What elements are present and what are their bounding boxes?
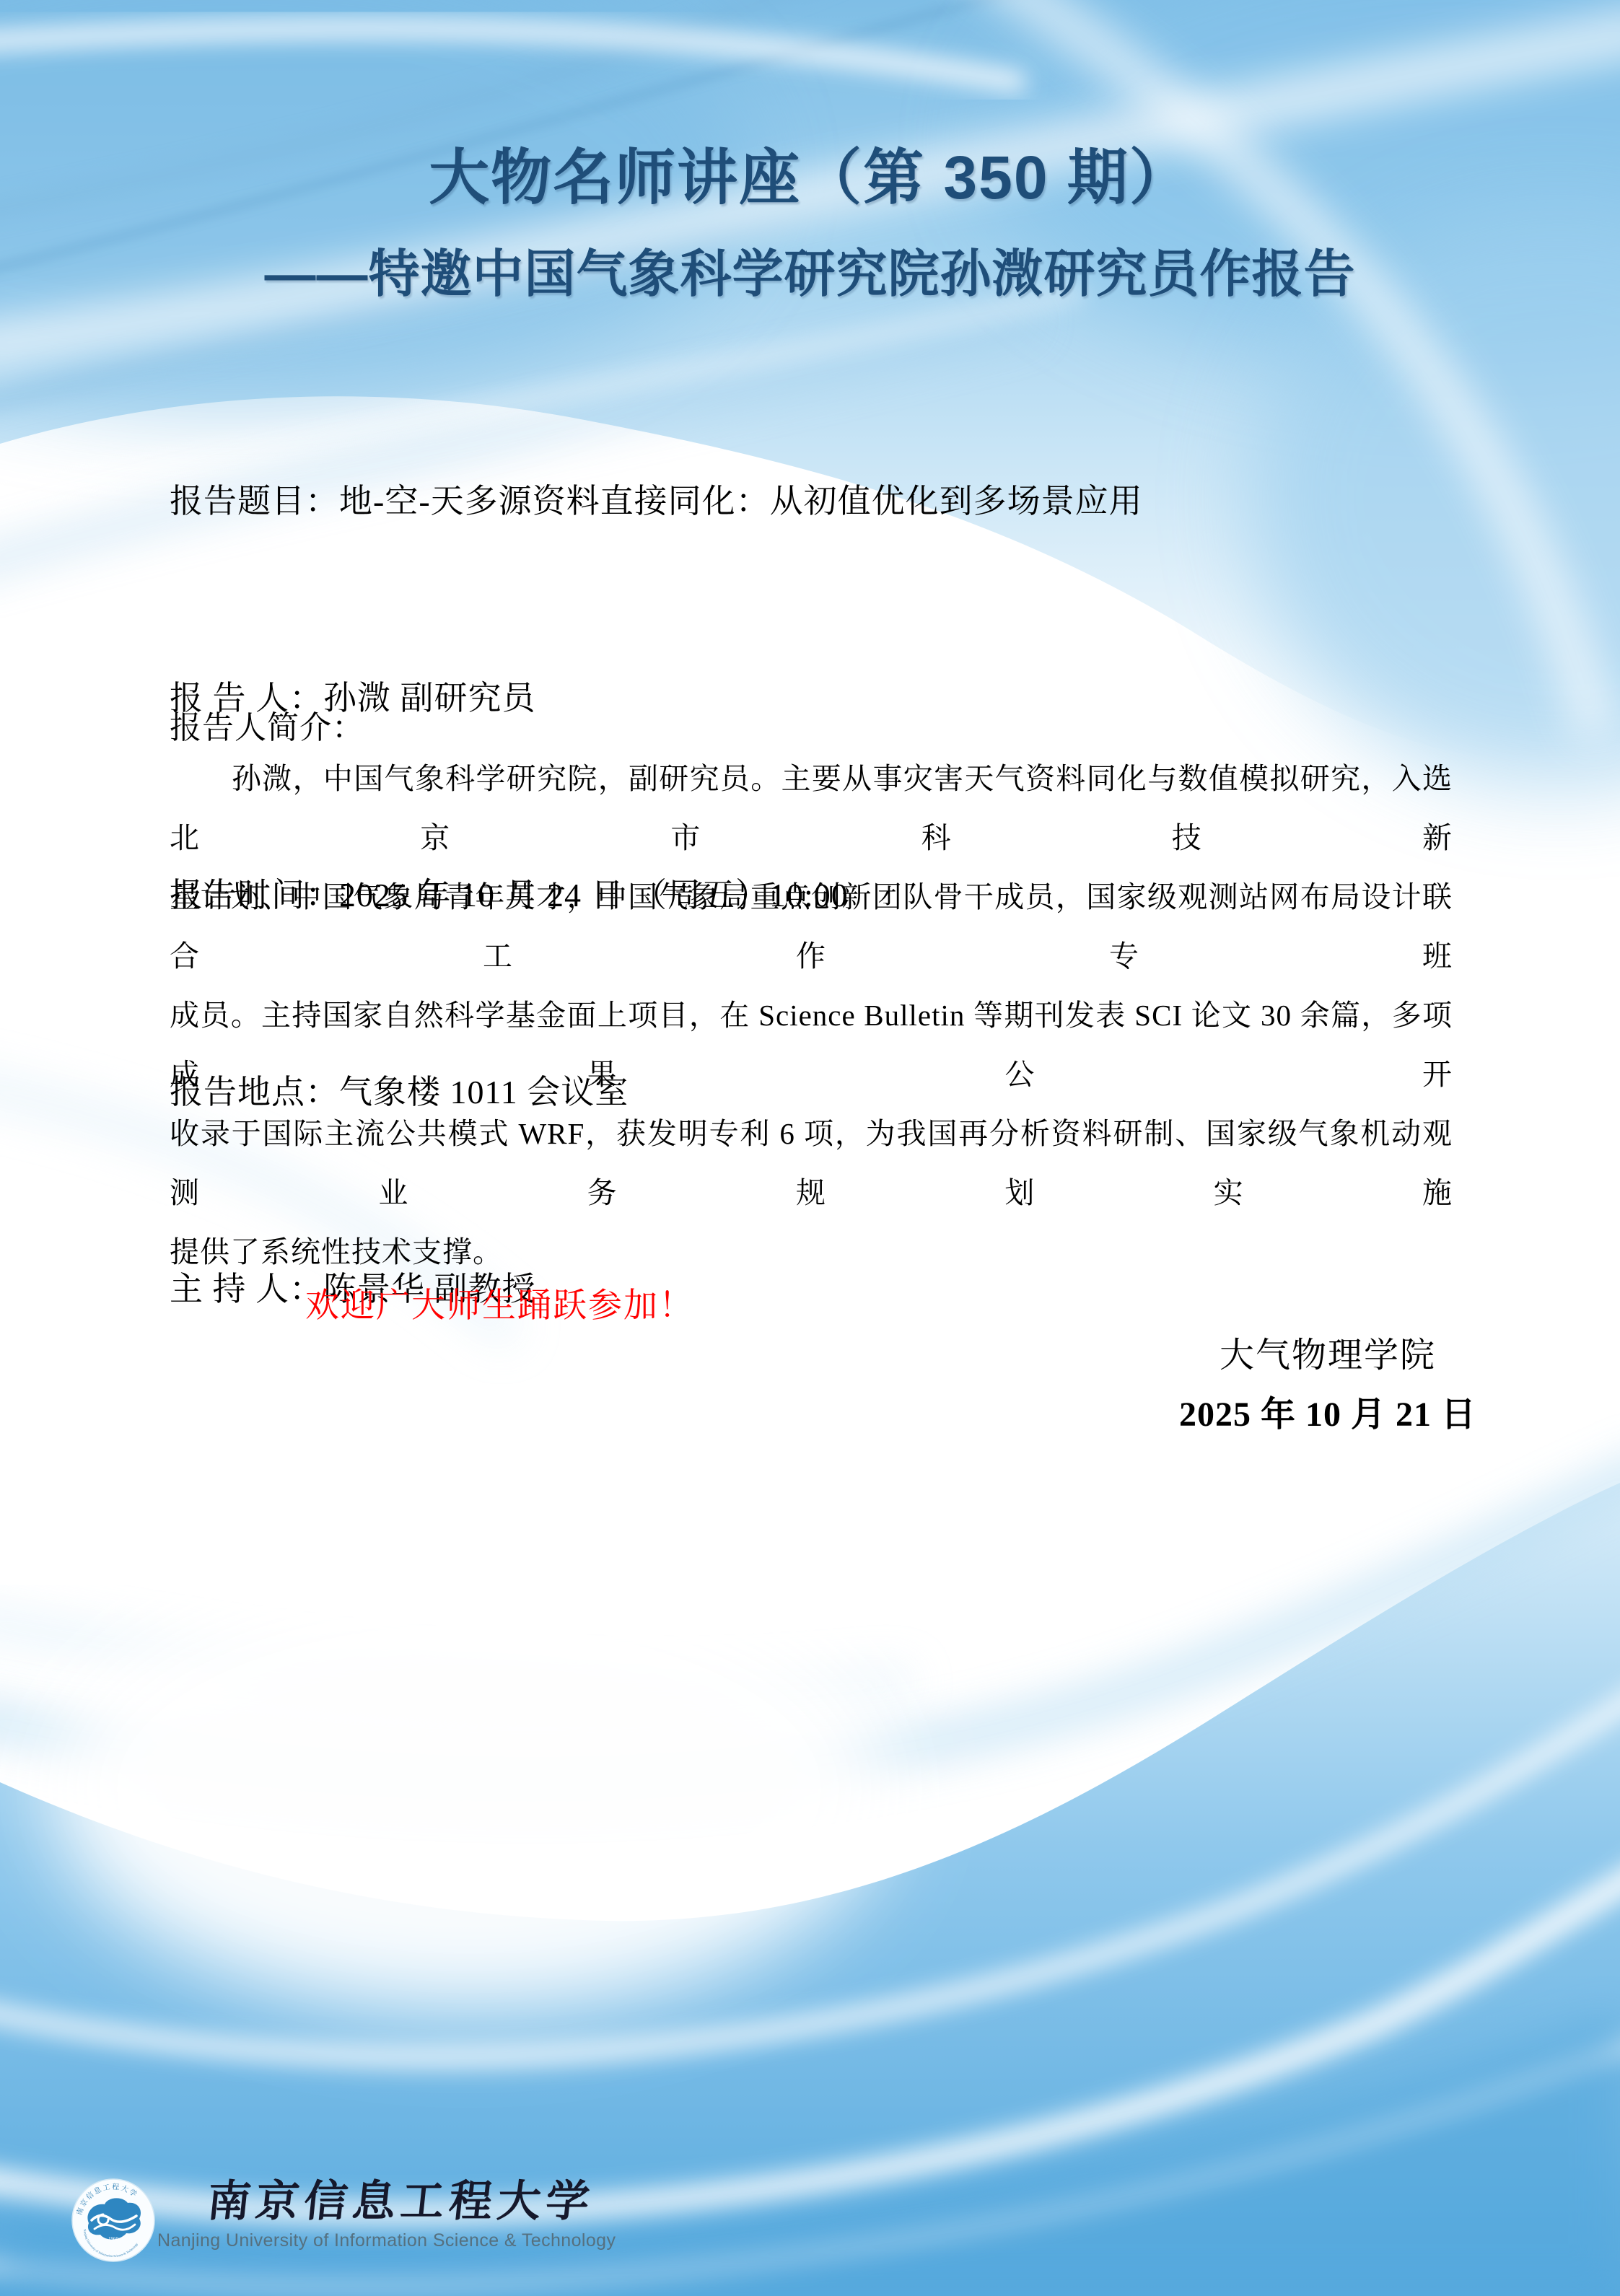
signature-date: 2025 年 10 月 21 日 xyxy=(1025,1385,1620,1445)
signature-block: 大气物理学院 2025 年 10 月 21 日 xyxy=(1025,1326,1620,1445)
bio-line: 提供了系统性技术支撑。 xyxy=(170,1222,1453,1281)
lecture-series-title: 大物名师讲座（第 350 期） xyxy=(0,144,1620,211)
welcome-message: 欢迎广大师生踊跃参加！ xyxy=(305,1279,694,1327)
university-name-en: Nanjing University of Information Scienc… xyxy=(157,2230,616,2251)
speaker-bio-paragraph: 孙溦，中国气象科学研究院，副研究员。主要从事灾害天气资料同化与数值模拟研究，入选… xyxy=(170,749,1453,1281)
info-line-speaker: 报 告 人：孙溦 副研究员 xyxy=(170,665,1468,731)
bio-line: 孙溦，中国气象科学研究院，副研究员。主要从事灾害天气资料同化与数值模拟研究，入选… xyxy=(170,749,1453,867)
university-logo: 南京信息工程大学 Nanjing University of Informati… xyxy=(0,2161,649,2284)
info-line-topic: 报告题目：地-空-天多源资料直接同化：从初值优化到多场景应用 xyxy=(170,468,1468,534)
bio-line: 成员。主持国家自然科学基金面上项目，在 Science Bulletin 等期刊… xyxy=(170,986,1453,1104)
signature-department: 大气物理学院 xyxy=(1025,1326,1620,1385)
university-seal-icon: 南京信息工程大学 Nanjing University of Informati… xyxy=(70,2177,157,2264)
university-name-cn: 南京信息工程大学 xyxy=(204,2167,597,2229)
bio-heading: 报告人简介： xyxy=(170,701,364,748)
poster-page: 大物名师讲座（第 350 期） ——特邀中国气象科学研究院孙溦研究员作报告 报告… xyxy=(0,0,1620,2296)
seal-year-text: 1960 xyxy=(108,2236,119,2242)
bio-line: 星计划、中国气象局青年英才，中国气象局重点创新团队骨干成员，国家级观测站网布局设… xyxy=(170,867,1453,986)
lecture-subtitle: ——特邀中国气象科学研究院孙溦研究员作报告 xyxy=(0,247,1620,303)
bio-line: 收录于国际主流公共模式 WRF，获发明专利 6 项，为我国再分析资料研制、国家级… xyxy=(170,1104,1453,1222)
